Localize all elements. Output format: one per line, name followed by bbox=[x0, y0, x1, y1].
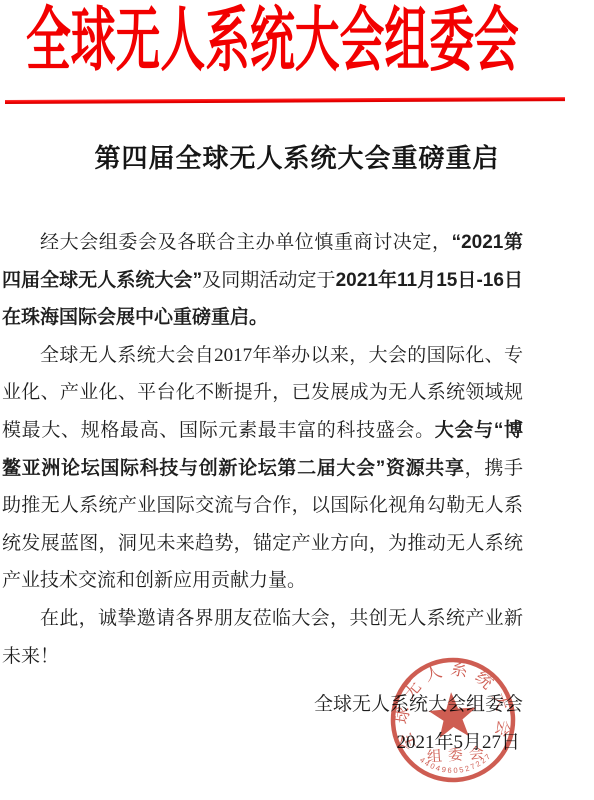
paragraph-2: 全球无人系统大会自2017年举办以来，大会的国际化、专业化、产业化、平台化不断提… bbox=[2, 337, 523, 600]
star-icon bbox=[427, 690, 478, 738]
red-divider-line bbox=[5, 97, 565, 104]
text-run: 及同期活动定于 bbox=[202, 270, 336, 291]
text-run: 经大会组委会及各联合主办单位慎重商讨决定， bbox=[40, 232, 452, 253]
document-title: 第四届全球无人系统大会重磅重启 bbox=[0, 142, 594, 174]
official-seal-stamp: 全球无人系统大会 组委会 4404960527227 bbox=[384, 651, 523, 790]
paragraph-1: 经大会组委会及各联合主办单位慎重商讨决定，“2021第四届全球无人系统大会”及同… bbox=[2, 224, 523, 337]
body-text: 经大会组委会及各联合主办单位慎重商讨决定，“2021第四届全球无人系统大会”及同… bbox=[2, 224, 523, 675]
letterhead-org-title: 全球无人系统大会组委会 bbox=[26, 0, 519, 80]
document-page: 全球无人系统大会组委会 第四届全球无人系统大会重磅重启 经大会组委会及各联合主办… bbox=[0, 0, 594, 800]
